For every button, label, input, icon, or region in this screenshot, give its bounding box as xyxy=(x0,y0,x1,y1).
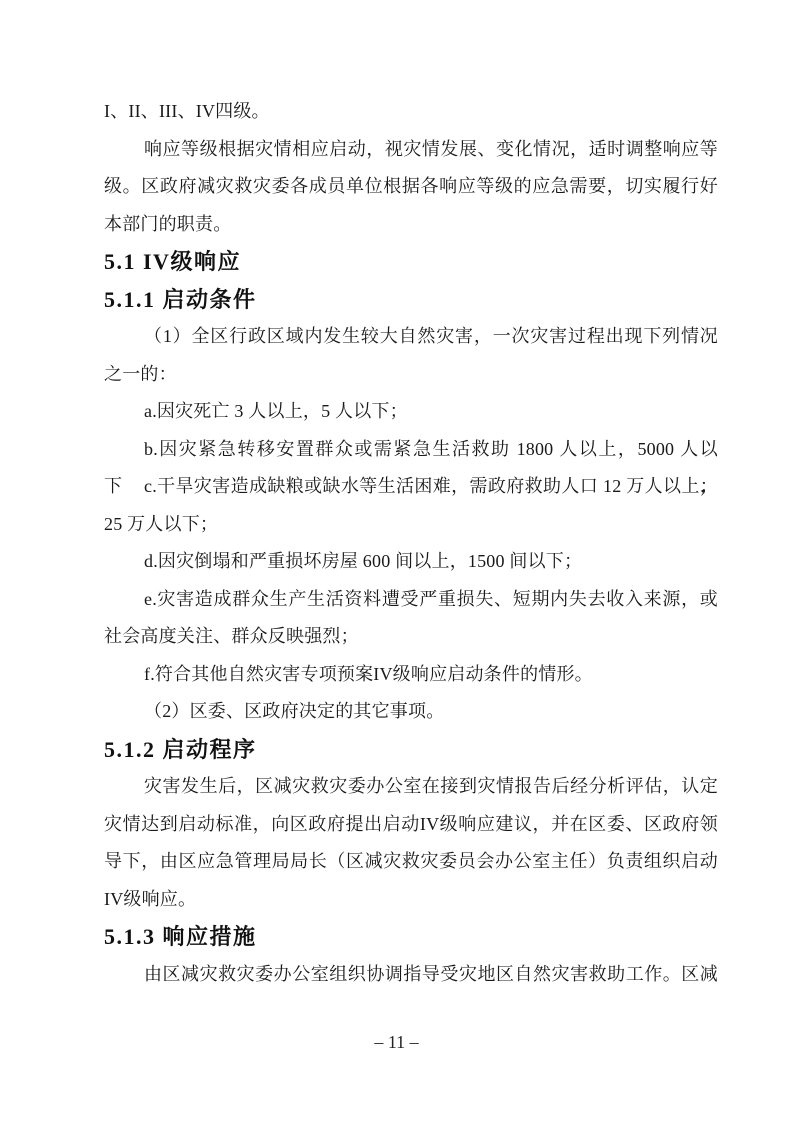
page-footer: – 11 – xyxy=(0,1030,793,1054)
text-line: 导下，由区应急管理局局长（区减灾救灾委员会办公室主任）负责组织启动 xyxy=(104,843,718,881)
text-line: f.符合其他自然灾害专项预案IV级响应启动条件的情形。 xyxy=(104,656,718,694)
text-line: 灾害发生后，区减灾救灾委办公室在接到灾情报告后经分析评估，认定 xyxy=(104,768,718,806)
section-heading-5-1-3: 5.1.3 响应措施 xyxy=(104,918,718,956)
text-line: 灾情达到启动标准，向区政府提出启动IV级响应建议，并在区委、区政府领 xyxy=(104,806,718,844)
text-line: a.因灾死亡 3 人以上，5 人以下； xyxy=(104,393,718,431)
text-line: 响应等级根据灾情相应启动，视灾情发展、变化情况，适时调整响应等 xyxy=(104,131,718,169)
page-number: – 11 – xyxy=(374,1032,418,1052)
text-line: （2）区委、区政府决定的其它事项。 xyxy=(104,693,718,731)
text-line: 之一的： xyxy=(104,356,718,394)
text-line: 本部门的职责。 xyxy=(104,206,718,244)
section-heading-5-1: 5.1 IV级响应 xyxy=(104,243,718,281)
document-page: I、II、III、IV四级。响应等级根据灾情相应启动，视灾情发展、变化情况，适时… xyxy=(0,0,793,1122)
text-line: 25 万人以下； xyxy=(104,506,718,544)
text-line: （1）全区行政区域内发生较大自然灾害，一次灾害过程出现下列情况 xyxy=(104,318,718,356)
text-line: 由区减灾救灾委办公室组织协调指导受灾地区自然灾害救助工作。区减 xyxy=(104,956,718,994)
section-heading-5-1-1: 5.1.1 启动条件 xyxy=(104,281,718,319)
text-line: e.灾害造成群众生产生活资料遭受严重损失、短期内失去收入来源，或 xyxy=(104,581,718,619)
text-line: I、II、III、IV四级。 xyxy=(104,93,718,131)
text-line: 级。区政府减灾救灾委各成员单位根据各响应等级的应急需要，切实履行好 xyxy=(104,168,718,206)
text-line: IV级响应。 xyxy=(104,881,718,919)
section-heading-5-1-2: 5.1.2 启动程序 xyxy=(104,731,718,769)
text-line: 社会高度关注、群众反映强烈； xyxy=(104,618,718,656)
text-line: d.因灾倒塌和严重损坏房屋 600 间以上，1500 间以下； xyxy=(104,543,718,581)
text-line: c.干旱灾害造成缺粮或缺水等生活困难，需政府救助人口 12 万人以上， xyxy=(104,468,718,506)
text-line: b.因灾紧急转移安置群众或需紧急生活救助 1800 人以上，5000 人以下； xyxy=(104,431,718,469)
document-body: I、II、III、IV四级。响应等级根据灾情相应启动，视灾情发展、变化情况，适时… xyxy=(104,93,718,993)
